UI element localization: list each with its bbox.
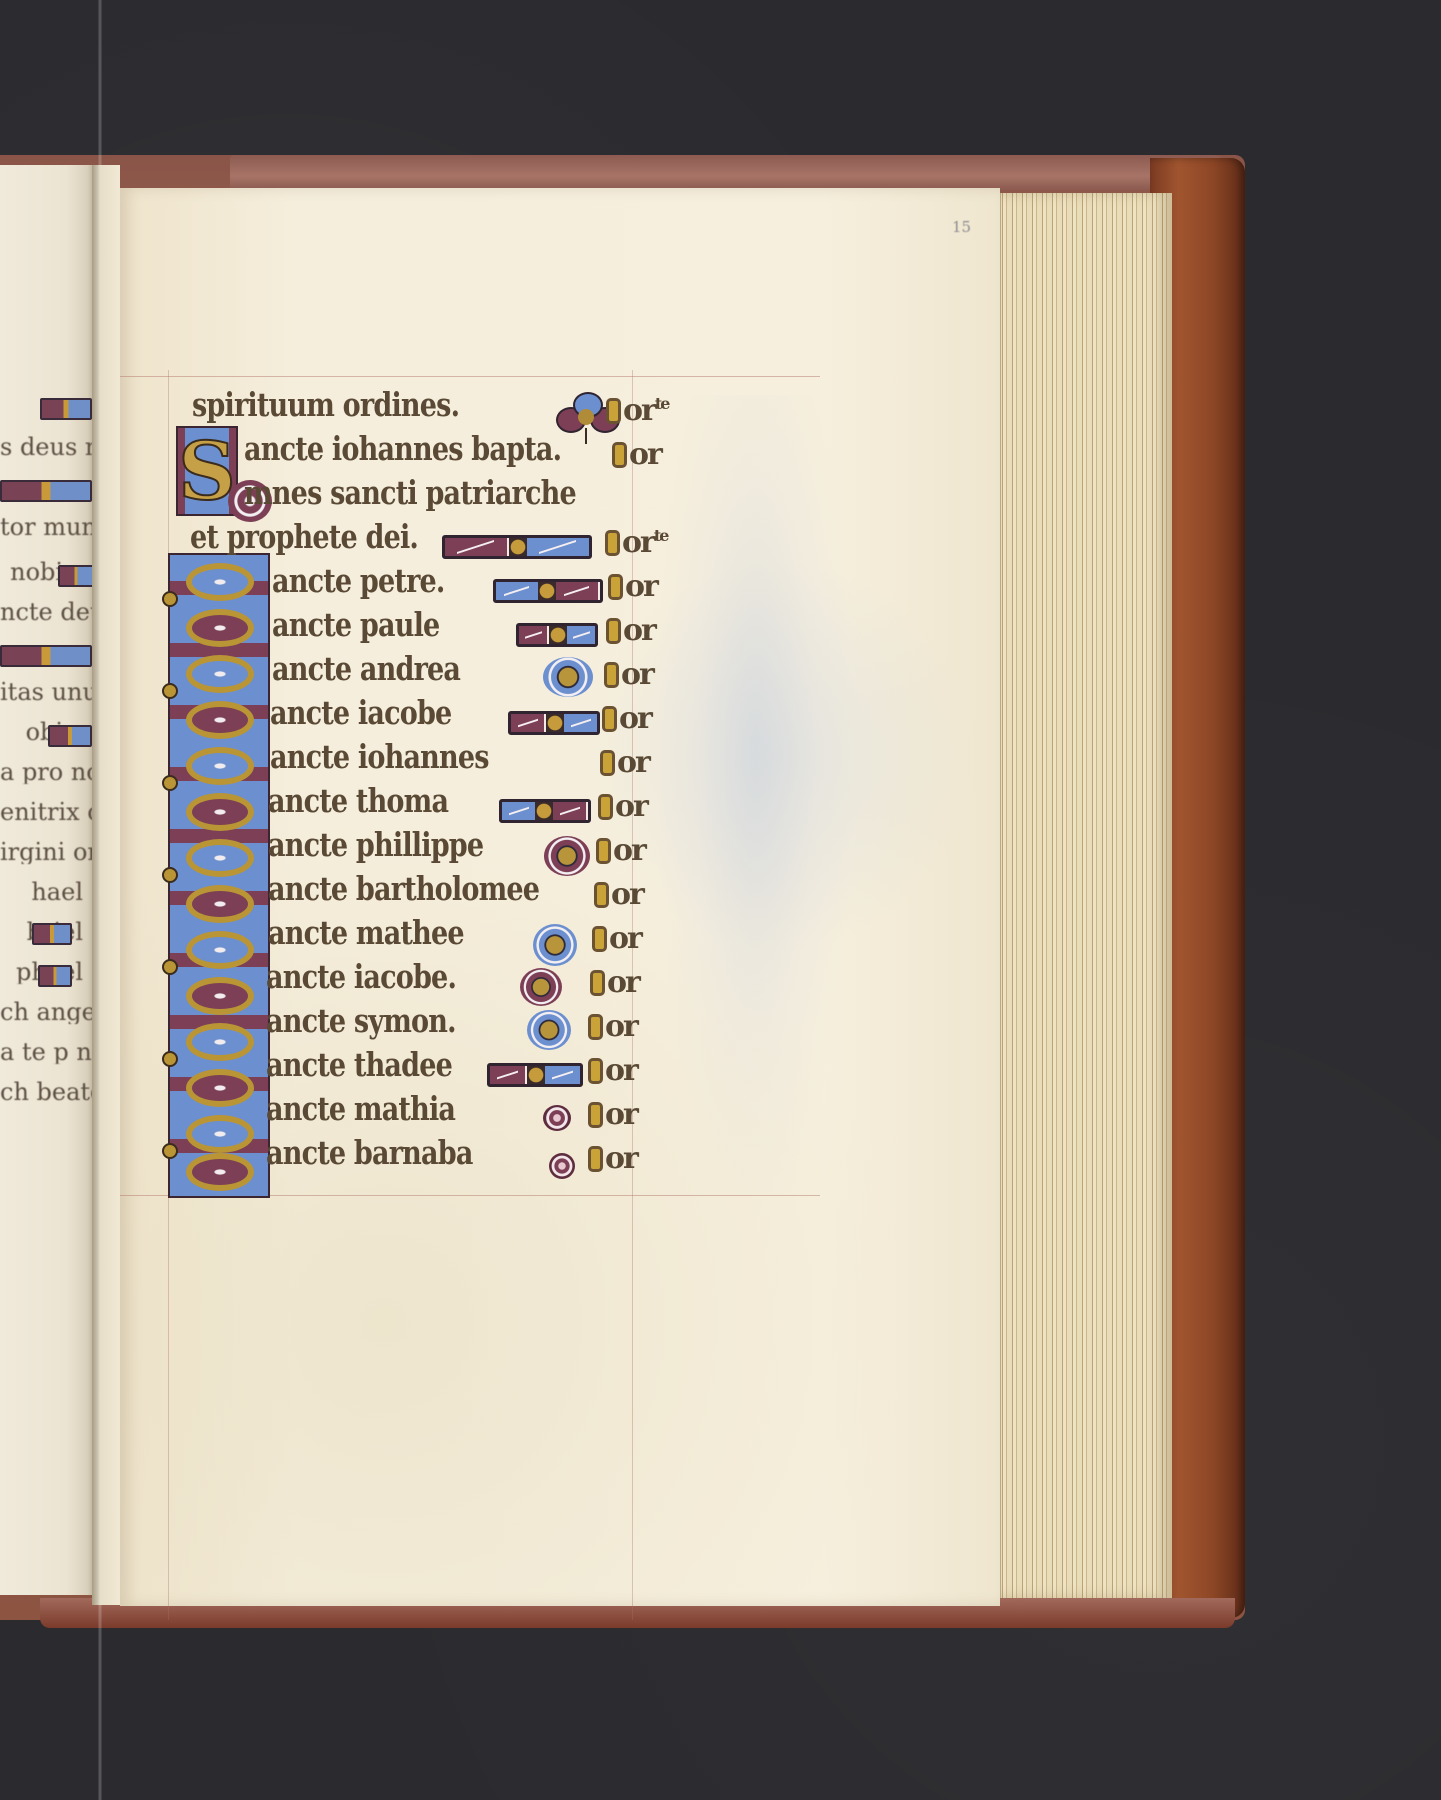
litany-line: ancte phillippe — [268, 825, 531, 867]
verso-line-filler — [32, 923, 72, 945]
initial-coil — [186, 563, 254, 601]
initial-coil — [186, 1153, 254, 1191]
binding-top-edge — [230, 155, 1230, 190]
initial-coil — [186, 1069, 254, 1107]
folio-number: 15 — [952, 218, 971, 236]
roundel-mathia — [543, 1105, 571, 1131]
initial-knob — [162, 867, 178, 883]
response-ora: or — [594, 877, 643, 912]
roundel-mathee — [533, 924, 577, 966]
litany-line: ancte thoma — [268, 781, 488, 823]
line-filler-iacobe — [508, 711, 600, 735]
response-ora: orte — [606, 393, 668, 428]
glass-plate-edge — [98, 0, 102, 1800]
verso-line: a te p nob — [0, 1038, 95, 1064]
initial-knob — [162, 683, 178, 699]
verso-line-filler — [38, 965, 72, 987]
verso-line: ncte deus mi — [0, 598, 95, 624]
initial-coil — [186, 977, 254, 1015]
roundel-phillippe — [544, 836, 590, 876]
verso-line-filler — [48, 725, 92, 747]
response-ora: or — [600, 745, 649, 780]
initial-coil — [186, 931, 254, 969]
litany-line: ancte iohannes bapta. — [244, 429, 631, 471]
litany-line: ancte andrea — [272, 649, 501, 691]
roundel-iacobe — [520, 968, 562, 1006]
verso-page: nos s deus mise tor mundi nobis. ncte de… — [0, 165, 95, 1595]
initial-coil — [186, 1115, 254, 1153]
line-filler-petre — [493, 579, 603, 603]
line-filler-thoma — [499, 799, 591, 823]
verso-line-filler — [0, 480, 92, 502]
initial-coil — [186, 609, 254, 647]
ruling-top — [120, 376, 820, 377]
initial-coil — [186, 839, 254, 877]
initial-coil — [186, 793, 254, 831]
initial-knob — [162, 959, 178, 975]
initial-coil — [186, 885, 254, 923]
initial-knob — [162, 591, 178, 607]
verso-miniature-show-through — [660, 395, 850, 1195]
litany-line: ancte iacobe — [270, 693, 491, 735]
initial-knob — [162, 775, 178, 791]
response-ora: orte — [605, 525, 667, 560]
verso-line: ch angeli — [0, 998, 95, 1024]
response-ora: or — [612, 437, 661, 472]
verso-line: a pro nob — [0, 758, 95, 784]
litany-line: ancte mathee — [268, 913, 507, 955]
litany-line: ancte bartholomee — [268, 869, 599, 911]
verso-line: irgini or — [0, 838, 95, 864]
litany-line: ancte mathia — [266, 1089, 497, 1131]
litany-line: ancte thadee — [266, 1045, 493, 1087]
litany-line: ancte iohannes — [270, 737, 537, 779]
response-ora: or — [608, 569, 657, 604]
initial-coil — [186, 1023, 254, 1061]
response-ora: or — [588, 1141, 637, 1176]
response-ora: or — [596, 833, 645, 868]
line-filler-prophete — [442, 535, 592, 559]
initial-knob — [162, 1143, 178, 1159]
roundel-barnaba — [549, 1153, 575, 1179]
line-filler-paule — [516, 623, 598, 647]
verso-line: ch beatoru — [0, 1078, 95, 1104]
response-ora: or — [588, 1097, 637, 1132]
response-ora: or — [604, 657, 653, 692]
verso-line: s deus mise — [0, 433, 95, 459]
response-ora: or — [598, 789, 647, 824]
initial-coil — [186, 655, 254, 693]
response-ora: or — [588, 1053, 637, 1088]
response-ora: or — [590, 965, 639, 1000]
verso-line-filler — [58, 565, 94, 587]
litany-line: mnes sancti patriarche — [244, 473, 649, 515]
verso-line-filler — [40, 398, 92, 420]
response-ora: or — [588, 1009, 637, 1044]
initial-coil — [186, 747, 254, 785]
verso-line: itas unus — [0, 678, 95, 704]
verso-line: tor mundi — [0, 513, 95, 539]
response-ora: or — [602, 701, 651, 736]
book-gutter — [92, 165, 120, 1605]
verso-line-filler — [0, 645, 92, 667]
litany-line: ancte symon. — [266, 1001, 497, 1043]
line-filler-thadee — [487, 1063, 583, 1087]
initial-knob — [162, 1051, 178, 1067]
response-ora: or — [606, 613, 655, 648]
litany-line: et prophete dei. — [190, 517, 468, 559]
verso-line: hael — [0, 878, 95, 904]
response-ora: or — [592, 921, 641, 956]
litany-line: ancte barnaba — [266, 1133, 518, 1175]
initial-coil — [186, 701, 254, 739]
flower-center — [578, 409, 594, 425]
litany-line: spirituum ordines. — [192, 385, 518, 427]
litany-line: ancte iacobe. — [266, 957, 498, 999]
roundel-andrea — [543, 657, 593, 697]
page-block-fore-edge — [995, 193, 1172, 1598]
litany-line: ancte petre. — [272, 561, 482, 603]
litany-line: ancte paule — [272, 605, 476, 647]
roundel-symon — [527, 1010, 571, 1050]
initial-column-sancte — [168, 553, 270, 1198]
verso-line: enitrix or — [0, 798, 95, 824]
